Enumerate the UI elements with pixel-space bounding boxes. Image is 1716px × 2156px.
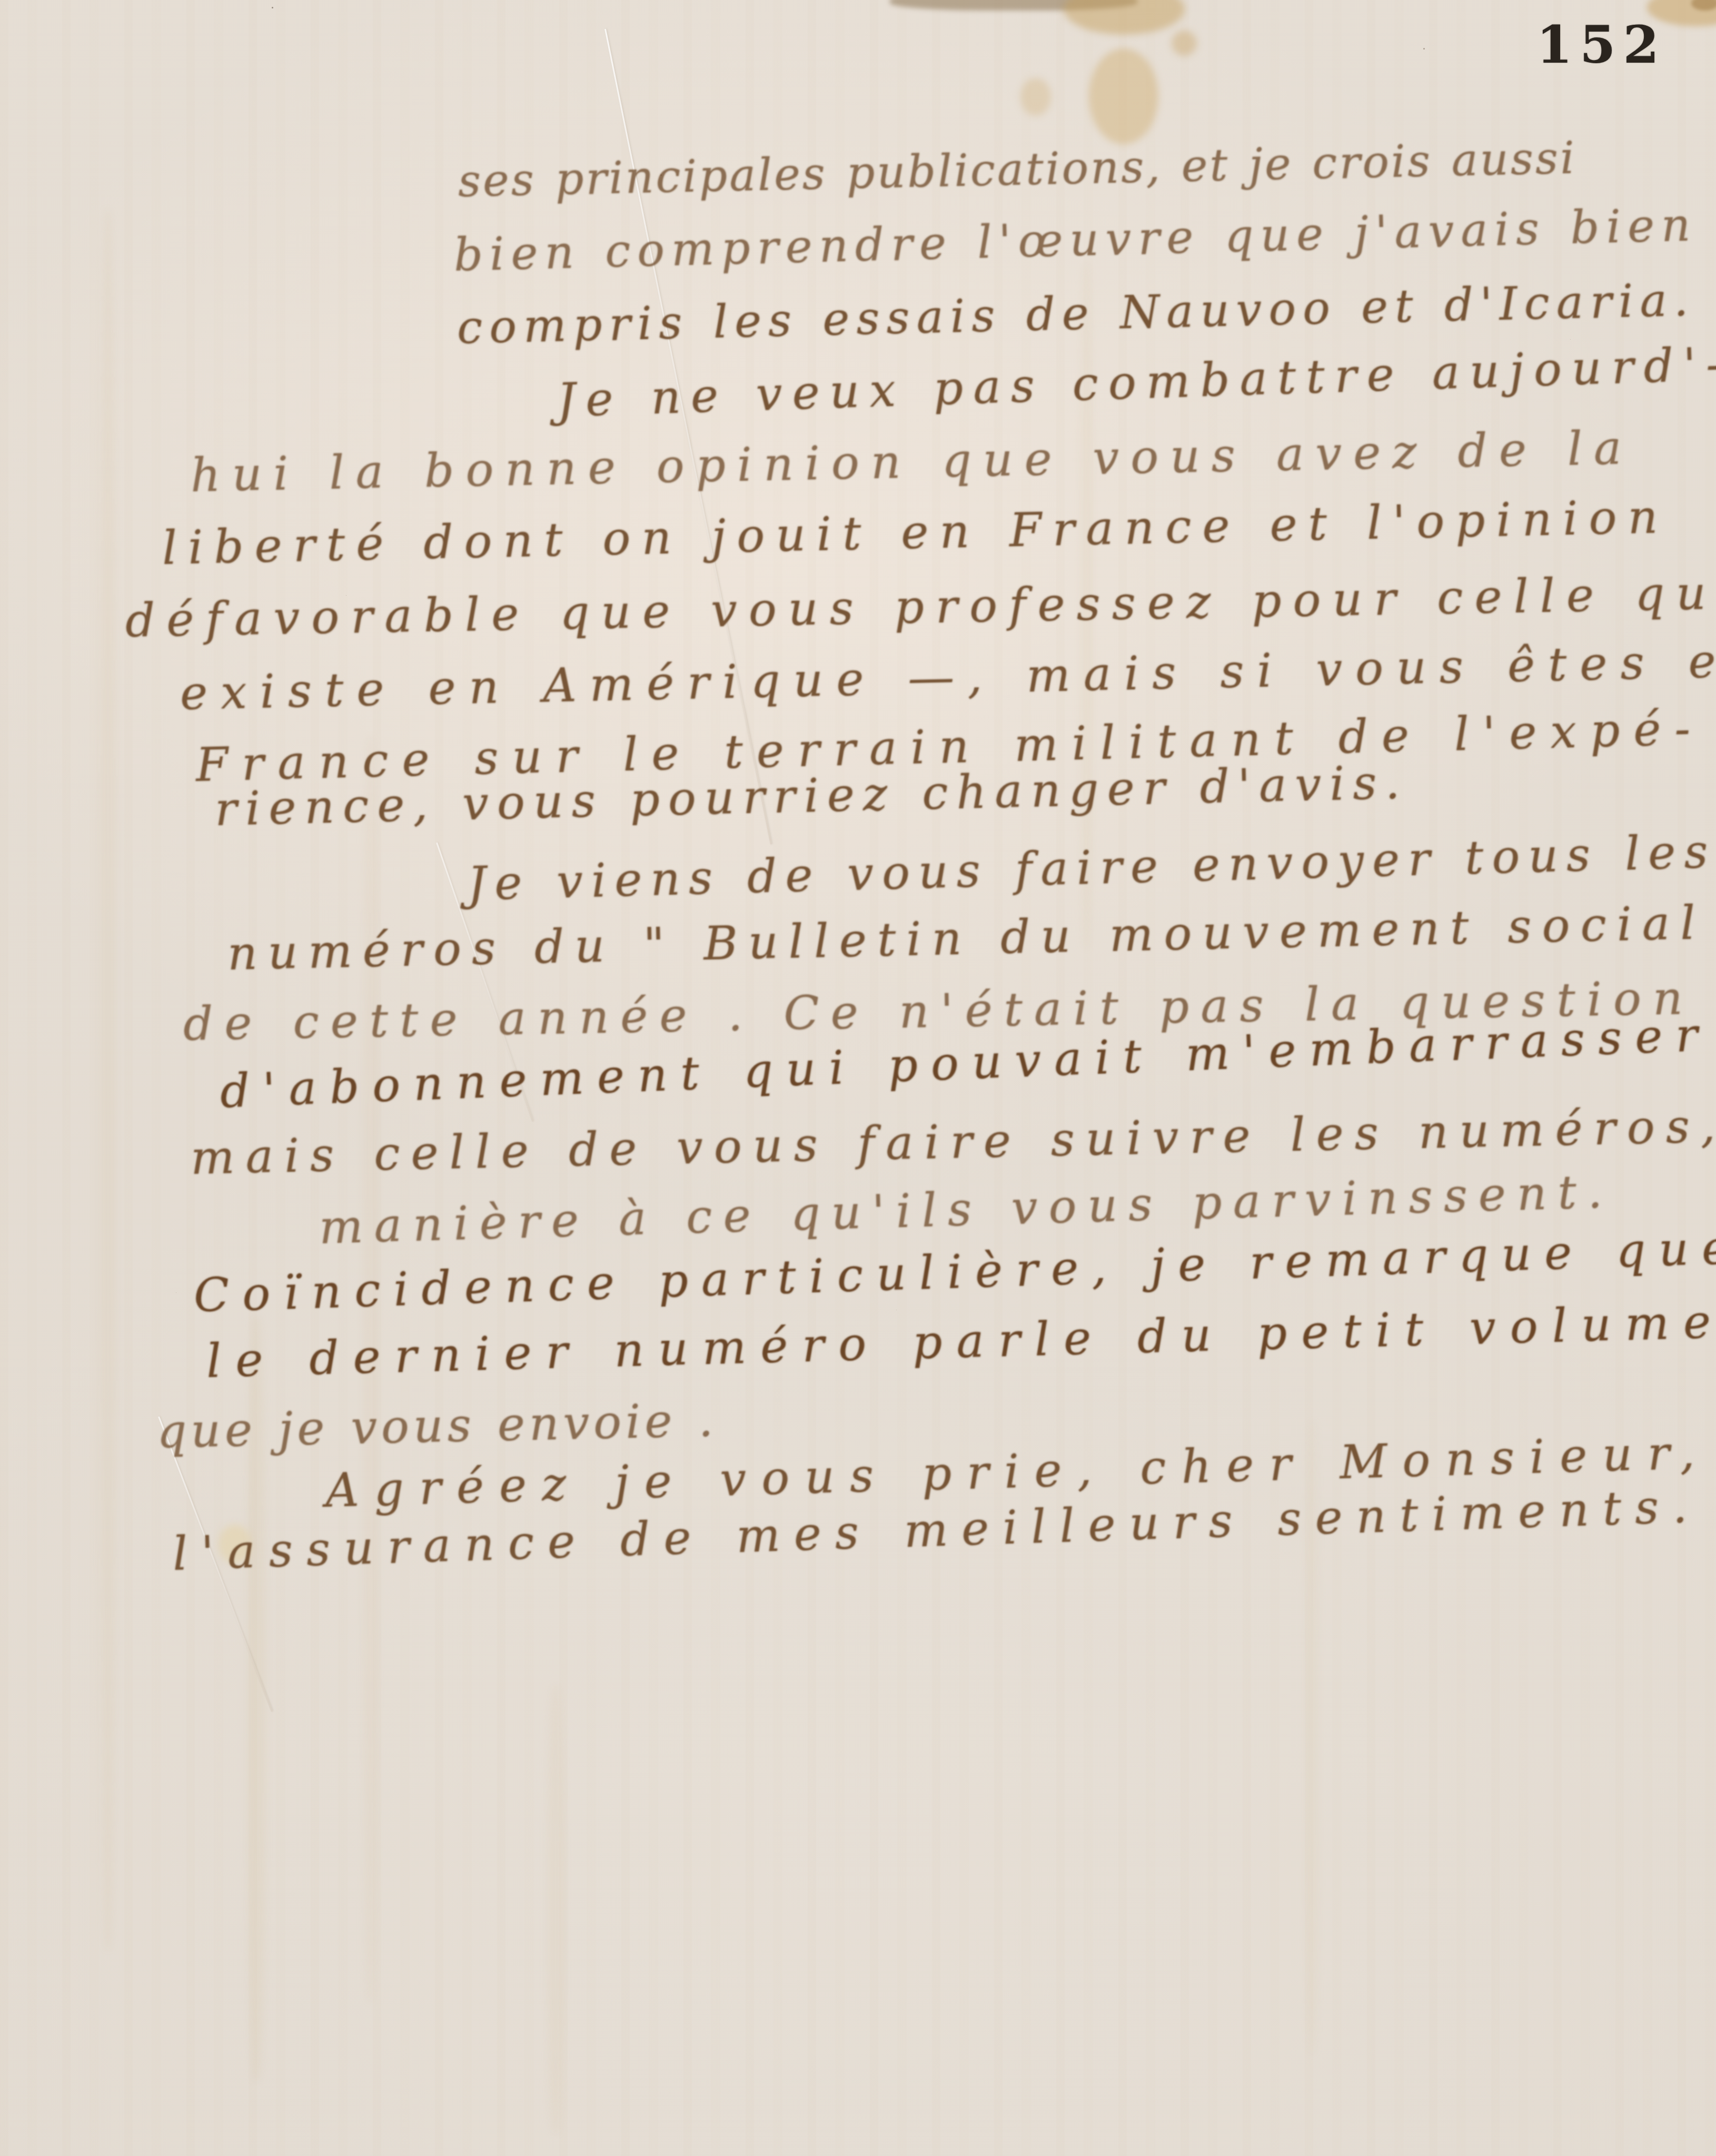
stain <box>1020 78 1051 116</box>
paper-streak <box>100 211 116 1949</box>
stain <box>1089 48 1158 144</box>
paper-streak <box>548 1685 563 2133</box>
letter-line: que je vous envoie . <box>156 1393 718 1458</box>
stain <box>1172 31 1197 56</box>
paper-specks <box>0 0 3 3</box>
page-number: 152 <box>1536 15 1667 75</box>
manuscript-page: 152 ses principales publications, et je … <box>0 0 1716 2156</box>
